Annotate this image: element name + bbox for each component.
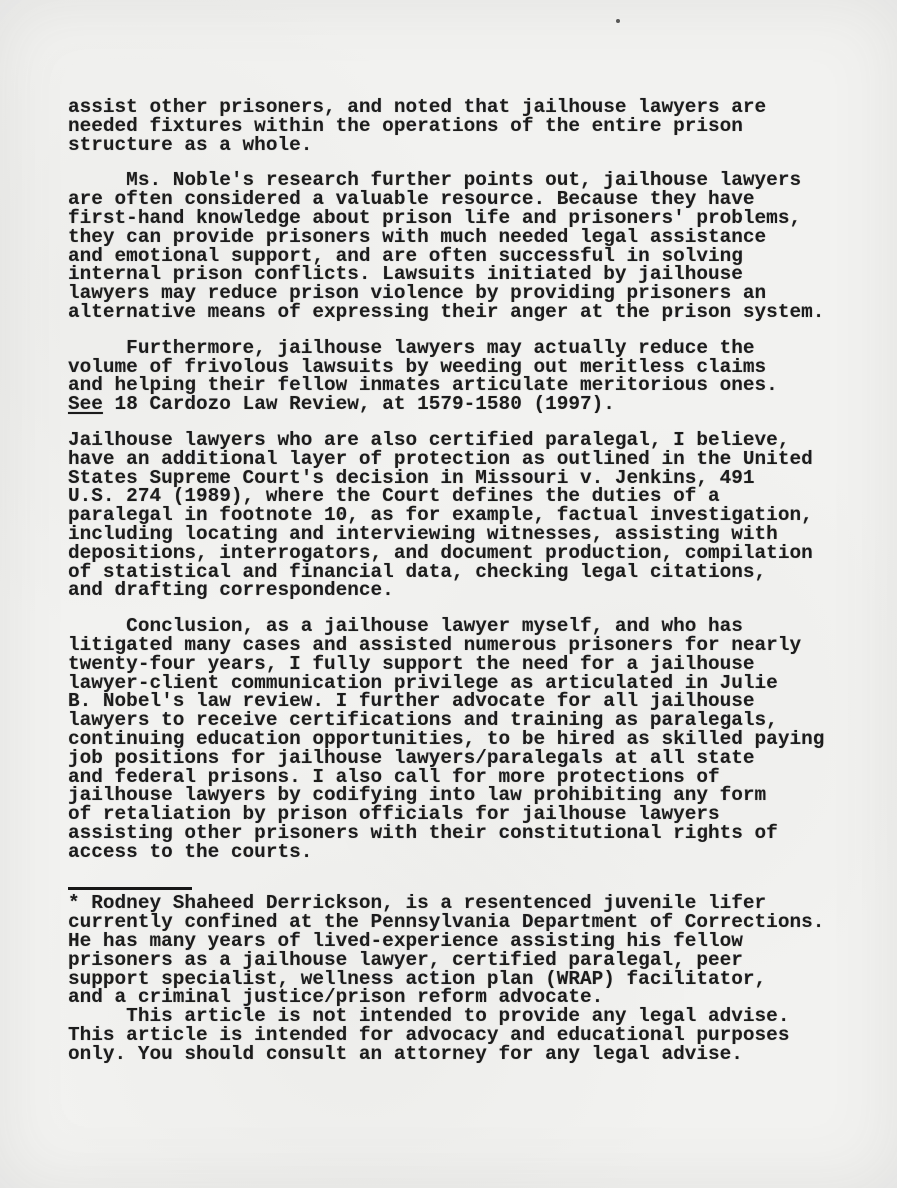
paragraph: Conclusion, as a jailhouse lawyer myself… <box>68 617 868 861</box>
text-line: litigated many cases and assisted numero… <box>68 636 868 655</box>
text-line: structure as a whole. <box>68 136 868 155</box>
text-line: they can provide prisoners with much nee… <box>68 228 868 247</box>
paragraph: Ms. Noble's research further points out,… <box>68 171 868 321</box>
text-line: depositions, interrogators, and document… <box>68 544 868 563</box>
text-line: alternative means of expressing their an… <box>68 303 868 322</box>
paragraph: Jailhouse lawyers who are also certified… <box>68 431 868 600</box>
text-line: only. You should consult an attorney for… <box>68 1045 868 1064</box>
paragraph: Furthermore, jailhouse lawyers may actua… <box>68 339 868 414</box>
text-line: needed fixtures within the operations of… <box>68 117 868 136</box>
text-line: prisoners as a jailhouse lawyer, certifi… <box>68 951 868 970</box>
text-line: Furthermore, jailhouse lawyers may actua… <box>68 339 868 358</box>
text-line: assist other prisoners, and noted that j… <box>68 98 868 117</box>
paragraph: This article is not intended to provide … <box>68 1007 868 1063</box>
text-line: first-hand knowledge about prison life a… <box>68 209 868 228</box>
underlined-citation-signal: See <box>68 393 103 415</box>
text-line: Jailhouse lawyers who are also certified… <box>68 431 868 450</box>
text-line: including locating and interviewing witn… <box>68 525 868 544</box>
text-line: assisting other prisoners with their con… <box>68 824 868 843</box>
scan-speck <box>616 19 620 23</box>
text-line: have an additional layer of protection a… <box>68 450 868 469</box>
scanned-document-page: assist other prisoners, and noted that j… <box>0 0 897 1188</box>
text-line: access to the courts. <box>68 843 868 862</box>
text-line: and drafting correspondence. <box>68 581 868 600</box>
paragraph: * Rodney Shaheed Derrickson, is a resent… <box>68 894 868 1007</box>
text-line: See 18 Cardozo Law Review, at 1579-1580 … <box>68 395 868 414</box>
paragraph: assist other prisoners, and noted that j… <box>68 98 868 154</box>
text-line: job positions for jailhouse lawyers/para… <box>68 749 868 768</box>
author-footnote: * Rodney Shaheed Derrickson, is a resent… <box>68 894 868 1007</box>
body-paragraphs: assist other prisoners, and noted that j… <box>68 98 868 861</box>
text-line: twenty-four years, I fully support the n… <box>68 655 868 674</box>
text-line: continuing education opportunities, to b… <box>68 730 868 749</box>
footnote-separator-line <box>68 887 192 890</box>
legal-disclaimer: This article is not intended to provide … <box>68 1007 868 1063</box>
document-body: assist other prisoners, and noted that j… <box>68 98 868 1064</box>
